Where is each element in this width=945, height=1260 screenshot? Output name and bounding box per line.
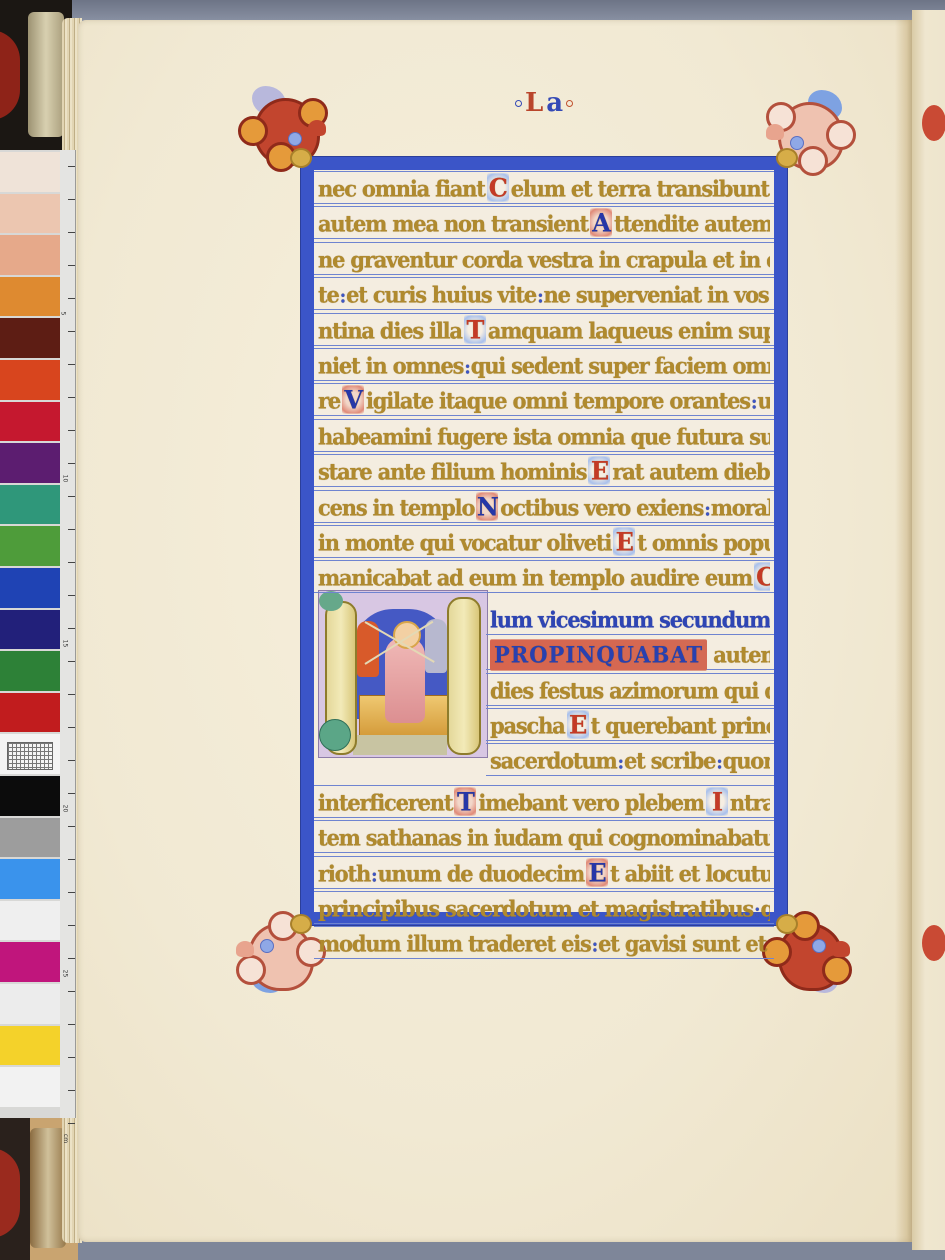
decorated-initial: E [586, 858, 608, 886]
ruling-line [314, 419, 774, 420]
text-segment: imebant vero plebem [478, 789, 704, 815]
ruler-label: 5 [59, 312, 66, 316]
punctus: : [464, 357, 469, 379]
color-swatch [0, 402, 60, 442]
ruler-tick [68, 331, 75, 332]
miniature-christ-figure [385, 637, 425, 723]
ruler-tick [68, 628, 75, 629]
text-segment: ne superveniat in vos repe [544, 282, 770, 308]
punctus: : [618, 752, 623, 774]
incipit-text: PROPINQUABAT autem [490, 639, 770, 671]
ruler-tick [68, 595, 75, 596]
ornament-curl [238, 116, 268, 146]
ruler-tick [68, 232, 75, 233]
ruling-line [314, 206, 774, 207]
text-segment: et curis huius vite [346, 282, 536, 308]
line-text: cens in temploNoctibus vero exiens:morab… [318, 492, 770, 524]
decorated-initial: I [706, 787, 728, 815]
text-segment: te [318, 282, 339, 308]
folio-dot-right [566, 100, 573, 107]
text-segment: t omnis populus [637, 529, 770, 555]
frame-knot-bottom-right [776, 914, 798, 934]
line-text: ne graventur corda vestra in crapula et … [318, 244, 770, 276]
text-segment: rioth [318, 860, 370, 886]
text-line: tem sathanas in iudam qui cognominabatur… [314, 819, 774, 857]
punctus: : [537, 286, 542, 308]
color-calibration-chart: 510152025cm [0, 150, 76, 1118]
initial-letter-stroke-right [447, 597, 481, 755]
ruler-tick [68, 661, 75, 662]
ornament-eye [790, 136, 804, 150]
text-segment: nec omnia fiant [318, 175, 485, 201]
text-segment: autem [707, 642, 770, 668]
historiated-initial [318, 590, 488, 758]
text-segment: quomodo eu [723, 748, 770, 774]
ruler-tick [68, 199, 75, 200]
color-swatch [0, 568, 60, 608]
ruler-tick [68, 1123, 75, 1124]
folio-letter-l: L [525, 90, 543, 116]
ruling-line [314, 525, 774, 526]
ruler-tick [68, 364, 75, 365]
rubric-heading-line: lum vicesimum secundum co [486, 601, 774, 639]
ornament-eye [812, 939, 826, 953]
ruler-label: cm [62, 1134, 69, 1143]
color-swatch [0, 152, 60, 192]
ruler-tick [68, 859, 75, 860]
text-segment: tem sathanas in iudam qui cognominabatur… [318, 825, 770, 851]
line-text: sacerdotum:et scribe:quomodo eu [490, 746, 770, 778]
text-line: principibus sacerdotum et magistratibus:… [314, 890, 774, 928]
line-text: in monte qui vocatur olivetiEt omnis pop… [318, 527, 770, 559]
folio-dot-left [515, 100, 522, 107]
text-segment: elum et terra transibunt [511, 175, 769, 201]
line-text: reVigilate itaque omni tempore orantes:u… [318, 386, 770, 418]
line-text: modum illum traderet eis:et gavisi sunt … [318, 929, 770, 961]
text-segment: niet in omnes [318, 352, 463, 378]
frame-knot-bottom-left [290, 914, 312, 934]
text-segment: ne graventur corda vestra in crapula et … [318, 246, 770, 272]
line-text: manicabat ad eum in templo audire eumCap… [318, 563, 770, 595]
text-segment: rat autem diebus do [612, 459, 770, 485]
ornament-tuft [236, 941, 254, 957]
color-swatch [0, 235, 60, 275]
ruler-label: 15 [61, 640, 68, 648]
text-segment: ttendite autem vo [614, 211, 770, 237]
ornament-tuft [308, 120, 326, 136]
facing-page-edge [912, 10, 945, 1250]
line-text: te:et curis huius vite:ne superveniat in… [318, 279, 770, 311]
facing-ornament-top [922, 105, 945, 141]
text-line: niet in omnes:qui sedent super faciem om… [314, 347, 774, 385]
text-segment: morabatur [711, 494, 770, 520]
ruler-tick [68, 958, 75, 959]
ruling-line [314, 820, 774, 821]
punctus: : [592, 935, 597, 957]
text-line: autem mea non transientAttendite autem v… [314, 205, 774, 243]
color-swatch [0, 485, 60, 525]
ruler-label: 10 [61, 475, 68, 483]
ruling-line [314, 891, 774, 892]
color-swatch [0, 901, 60, 941]
ruling-line [314, 785, 774, 786]
miniature-ground [353, 735, 447, 755]
line-text: stare ante filium hominisErat autem dieb… [318, 456, 770, 488]
ruler-tick [68, 1090, 75, 1091]
text-segment: habeamini fugere ista omnia que futura s… [318, 423, 770, 449]
text-block: nec omnia fiantCelum et terra transibunt… [314, 170, 774, 912]
line-text: rioth:unum de duodecimEt abiit et locutu… [318, 858, 770, 890]
decorated-initial: N [476, 492, 498, 520]
line-text: niet in omnes:qui sedent super faciem om… [318, 350, 770, 382]
ruler-tick [68, 793, 75, 794]
color-swatch [0, 1067, 60, 1107]
text-frame: nec omnia fiantCelum et terra transibunt… [300, 156, 788, 926]
text-line: paschaEt querebant principes [486, 707, 774, 745]
line-text: interficerentTimebant vero plebemIntravi… [318, 787, 770, 819]
rubric-text: lum vicesimum secundum [490, 606, 770, 632]
line-text: habeamini fugere ista omnia que futura s… [318, 421, 770, 453]
ruling-line [486, 708, 774, 709]
rubric-heading: lum vicesimum secundum co [490, 604, 770, 636]
ruling-line [314, 171, 774, 172]
text-line: cens in temploNoctibus vero exiens:morab… [314, 489, 774, 527]
text-segment: interficerent [318, 789, 452, 815]
resolution-grid [7, 742, 53, 770]
ruler-tick [68, 1024, 75, 1025]
decorated-initial: V [342, 386, 364, 414]
ruler-tick [68, 166, 75, 167]
color-swatch [0, 277, 60, 317]
color-swatch [0, 984, 60, 1024]
backdrop-cloth-top [0, 0, 945, 22]
text-segment: principibus sacerdotum et magistratibus [318, 895, 753, 921]
text-line: nec omnia fiantCelum et terra transibunt… [314, 170, 774, 208]
ruler-tick [68, 925, 75, 926]
ruler-tick [68, 826, 75, 827]
ruler-label: 25 [61, 970, 68, 978]
decorated-initial: E [567, 710, 589, 738]
color-swatch [0, 194, 60, 234]
ruler-tick [68, 265, 75, 266]
color-swatch [0, 1026, 60, 1066]
ruler-tick [68, 397, 75, 398]
incipit-capitals: PROPINQUABAT [490, 639, 707, 671]
frame-knot-top-right [776, 148, 798, 168]
punctus: : [751, 392, 756, 414]
text-line: manicabat ad eum in templo audire eumCap… [314, 559, 774, 597]
ruling-line [314, 490, 774, 491]
ruling-line [314, 454, 774, 455]
text-line: te:et curis huius vite:ne superveniat in… [314, 276, 774, 314]
miniature-tormentor-right [425, 619, 447, 673]
punctus: : [371, 864, 376, 886]
ornament-eye [288, 132, 302, 146]
text-line: ntina dies illaTamquam laqueus enim supe… [314, 312, 774, 350]
text-line: reVigilate itaque omni tempore orantes:u… [314, 382, 774, 420]
ruler-tick [68, 430, 75, 431]
text-line: modum illum traderet eis:et gavisi sunt … [314, 925, 774, 963]
ruler-tick [68, 760, 75, 761]
color-swatch [0, 942, 60, 982]
text-line: stare ante filium hominisErat autem dieb… [314, 453, 774, 491]
ruling-line [486, 743, 774, 744]
text-segment: manicabat ad eum in templo audire eum [318, 565, 752, 591]
color-swatch [0, 526, 60, 566]
text-segment: cens in templo [318, 494, 474, 520]
ruling-line [314, 242, 774, 243]
line-text: ntina dies illaTamquam laqueus enim supe… [318, 315, 770, 347]
text-segment: in monte qui vocatur oliveti [318, 529, 611, 555]
ruler-tick [68, 727, 75, 728]
color-swatch [0, 443, 60, 483]
text-segment: pascha [490, 712, 565, 738]
ruler-label: 20 [61, 805, 68, 813]
text-line: sacerdotum:et scribe:quomodo eu [486, 742, 774, 780]
text-segment: qui sedent super faciem omnis ter [471, 352, 770, 378]
ornament-curl [798, 146, 828, 176]
text-segment: ntravit au [730, 789, 770, 815]
ruler-tick [68, 496, 75, 497]
ruler-tick [68, 298, 75, 299]
text-segment: igilate itaque omni tempore orantes [366, 388, 750, 414]
text-segment: amquam laqueus enim superve [488, 317, 770, 343]
decorated-initial: A [590, 209, 612, 237]
text-segment: unum de duodecim [377, 860, 583, 886]
text-line: dies festus azimorum qui dicit: [486, 672, 774, 710]
ruling-line [314, 560, 774, 561]
punctus: : [716, 752, 721, 774]
text-segment: t querebant principes [591, 712, 770, 738]
ruler-tick [68, 1057, 75, 1058]
ruling-line [314, 313, 774, 314]
ruler-tick [68, 991, 75, 992]
ornament-curl [236, 955, 266, 985]
text-segment: sacerdotum [490, 748, 617, 774]
cm-ruler: 510152025cm [60, 150, 75, 1118]
color-swatch [0, 318, 60, 358]
ornament-curl [822, 955, 852, 985]
text-segment: autem mea non transient [318, 211, 588, 237]
frame-knot-top-left [290, 148, 312, 168]
color-swatch [0, 610, 60, 650]
color-swatch [0, 651, 60, 691]
color-swatch [0, 693, 60, 733]
text-line: interficerentTimebant vero plebemIntravi… [314, 784, 774, 822]
text-segment: re [318, 388, 340, 414]
text-segment: ntina dies illa [318, 317, 462, 343]
ruling-line [314, 926, 774, 927]
text-segment: quemad [761, 895, 771, 921]
decorated-initial: E [588, 456, 610, 484]
text-segment: et gavisi sunt et pactum n [598, 931, 770, 957]
ornament-tuft [832, 941, 850, 957]
manuscript-scene: 510152025cm L a [0, 0, 945, 1260]
ruler-tick [68, 694, 75, 695]
ruler-tick [68, 562, 75, 563]
line-text: tem sathanas in iudam qui cognominabatur… [318, 822, 770, 854]
punctus: : [754, 900, 759, 922]
text-segment: octibus vero exiens [500, 494, 703, 520]
line-text: principibus sacerdotum et magistratibus:… [318, 893, 770, 925]
color-swatch [0, 776, 60, 816]
decorated-initial: E [613, 527, 635, 555]
ruler-tick [68, 892, 75, 893]
incipit-line: PROPINQUABAT autem [486, 636, 774, 674]
text-line: in monte qui vocatur olivetiEt omnis pop… [314, 524, 774, 562]
ornament-eye [260, 939, 274, 953]
text-segment: stare ante filium hominis [318, 459, 586, 485]
line-text: dies festus azimorum qui dicit: [490, 675, 770, 707]
text-segment: modum illum traderet eis [318, 931, 591, 957]
text-line: rioth:unum de duodecimEt abiit et locutu… [314, 855, 774, 893]
color-swatch [0, 859, 60, 899]
ruling-line [314, 348, 774, 349]
text-line: habeamini fugere ista omnia que futura s… [314, 418, 774, 456]
decorated-initial: C [487, 173, 509, 201]
ruler-tick [68, 529, 75, 530]
ruling-line [314, 277, 774, 278]
ornament-tuft [766, 124, 784, 140]
line-text: autem mea non transientAttendite autem v… [318, 209, 770, 241]
ornament-curl [826, 120, 856, 150]
text-segment: t abiit et locutus est cum [610, 860, 770, 886]
decorated-initial: C [754, 563, 770, 591]
decorated-initial: T [464, 315, 486, 343]
folio-number: L a [515, 90, 573, 116]
line-text: nec omnia fiantCelum et terra transibunt… [318, 173, 770, 205]
acanthus-leaf-bottom [319, 719, 351, 751]
decorated-initial: T [454, 787, 476, 815]
ruler-tick [68, 463, 75, 464]
color-swatch [0, 360, 60, 400]
punctus: : [704, 498, 709, 520]
line-text: paschaEt querebant principes [490, 710, 770, 742]
punctus: : [340, 286, 345, 308]
text-segment: dies festus azimorum qui dicit [490, 677, 770, 703]
facing-ornament-bottom [922, 925, 945, 961]
text-line: ne graventur corda vestra in crapula et … [314, 241, 774, 279]
color-swatch [0, 818, 60, 858]
resolution-grid-swatch [0, 734, 60, 774]
ruling-line [314, 856, 774, 857]
folio-letter-a: a [546, 90, 563, 116]
ruling-line [314, 383, 774, 384]
ruling-line [486, 673, 774, 674]
text-segment: et scribe [624, 748, 715, 774]
text-segment: ut digni [757, 388, 770, 414]
